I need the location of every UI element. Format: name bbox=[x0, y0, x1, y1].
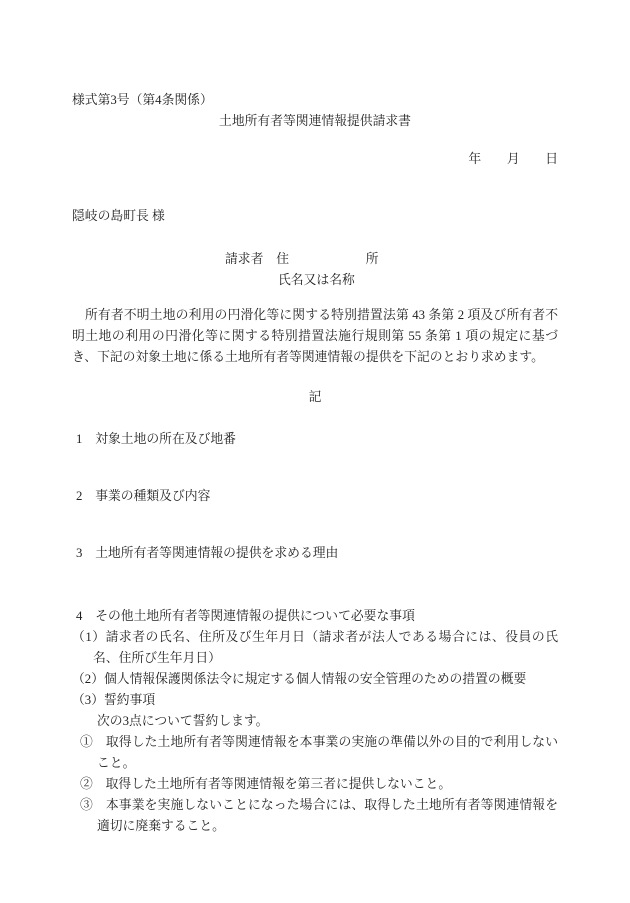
document-title: 土地所有者等関連情報提供請求書 bbox=[72, 111, 558, 132]
body-paragraph: 所有者不明土地の利用の円滑化等に関する特別措置法第 43 条第 2 項及び所有者… bbox=[72, 305, 558, 368]
sub-item-2-personal-info-safety: （2）個人情報保護関係法令に規定する個人情報の安全管理のための措置の概要 bbox=[72, 669, 558, 690]
item-1-target-land-location: 1 対象土地の所在及び地番 bbox=[72, 429, 558, 450]
item-4-other-necessary-matters: 4 その他土地所有者等関連情報の提供について必要な事項 bbox=[72, 606, 558, 627]
requester-address-line: 請求者 住 所 bbox=[225, 249, 558, 270]
form-number: 様式第3号（第4条関係） bbox=[72, 90, 558, 111]
requester-label: 請求者 bbox=[225, 252, 263, 266]
sub-item-3-pledge-matters: （3）誓約事項 bbox=[72, 690, 558, 711]
section-mark: 記 bbox=[72, 387, 558, 408]
document-page: 様式第3号（第4条関係） 土地所有者等関連情報提供請求書 年 月 日 隠岐の島町… bbox=[0, 0, 630, 903]
sub-item-1-requester-details: （1）請求者の氏名、住所及び生年月日（請求者が法人である場合には、役員の氏名、住… bbox=[72, 627, 558, 669]
item-3-reason-for-request: 3 土地所有者等関連情報の提供を求める理由 bbox=[72, 543, 558, 564]
requester-name-label: 氏名又は名称 bbox=[225, 270, 558, 291]
requester-block: 請求者 住 所 氏名又は名称 bbox=[72, 249, 558, 291]
addressee: 隠岐の島町長 様 bbox=[72, 206, 558, 227]
date-line: 年 月 日 bbox=[72, 149, 558, 170]
pledge-3-proper-disposal: ③ 本事業を実施しないことになった場合には、取得した土地所有者等関連情報を適切に… bbox=[72, 795, 558, 837]
requester-spacer bbox=[263, 252, 276, 266]
pledge-intro: 次の3点について誓約します。 bbox=[72, 711, 558, 732]
item-2-business-type: 2 事業の種類及び内容 bbox=[72, 486, 558, 507]
pledge-2-no-third-party: ② 取得した土地所有者等関連情報を第三者に提供しないこと。 bbox=[72, 774, 558, 795]
requester-address-label: 住 所 bbox=[276, 252, 378, 266]
pledge-1-no-other-use: ① 取得した土地所有者等関連情報を本事業の実施の準備以外の目的で利用しないこと。 bbox=[72, 732, 558, 774]
